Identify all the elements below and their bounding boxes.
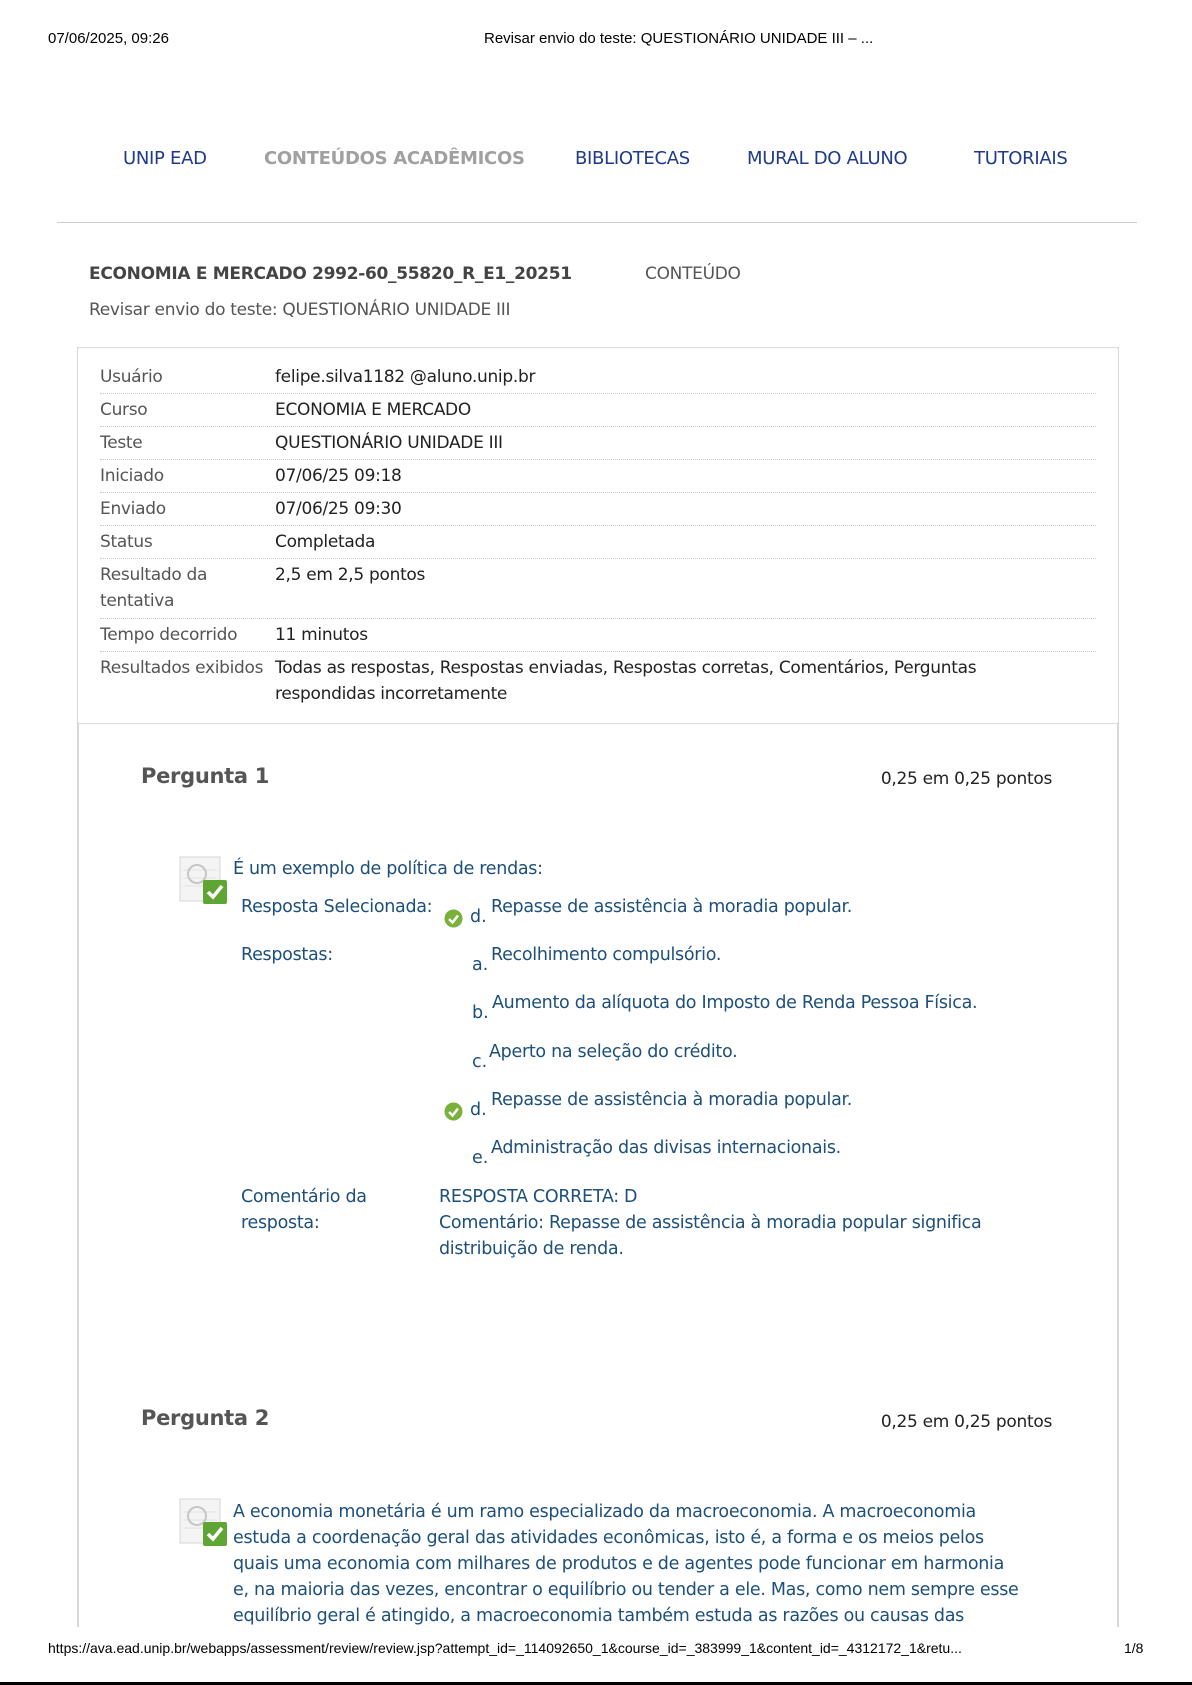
print-date: 07/06/2025, 09:26 (48, 30, 169, 47)
question-2-text: A economia monetária é um ramo especiali… (233, 1499, 1023, 1629)
print-title: Revisar envio do teste: QUESTIONÁRIO UNI… (484, 30, 873, 47)
nav-bibliotecas[interactable]: BIBLIOTECAS (575, 148, 690, 169)
question-1-points: 0,25 em 0,25 pontos (881, 769, 1052, 789)
summary-row-status: Status Completada (100, 529, 1096, 559)
comment-label-line-2: resposta: (241, 1210, 367, 1236)
comment-label-line-1: Comentário da (241, 1184, 367, 1210)
nav-conteudos-academicos[interactable]: CONTEÚDOS ACADÊMICOS (264, 148, 525, 169)
correct-check-icon (444, 909, 463, 928)
answer-letter: c. (472, 1049, 487, 1075)
print-header: 07/06/2025, 09:26 Revisar envio do teste… (0, 30, 1192, 50)
summary-label: Iniciado (100, 463, 270, 489)
print-page-number: 1/8 (1124, 1640, 1143, 1656)
top-navigation: UNIP EAD CONTEÚDOS ACADÊMICOS BIBLIOTECA… (0, 148, 1192, 178)
selected-answer-label: Resposta Selecionada: (241, 894, 432, 920)
summary-value: ECONOMIA E MERCADO (275, 397, 1095, 423)
summary-row-usuario: Usuário felipe.silva1182 @aluno.unip.br (100, 364, 1096, 394)
print-url: https://ava.ead.unip.br/webapps/assessme… (48, 1640, 962, 1656)
summary-row-iniciado: Iniciado 07/06/25 09:18 (100, 463, 1096, 493)
summary-row-tempo: Tempo decorrido 11 minutos (100, 622, 1096, 652)
nav-tutoriais[interactable]: TUTORIAIS (974, 148, 1068, 169)
question-1-title: Pergunta 1 (141, 764, 269, 788)
summary-label: Status (100, 529, 270, 555)
correct-answer-icon (179, 856, 229, 906)
nav-divider (57, 222, 1137, 223)
summary-label: Curso (100, 397, 270, 423)
summary-row-enviado: Enviado 07/06/25 09:30 (100, 496, 1096, 526)
correct-answer-icon (179, 1498, 229, 1548)
summary-value: Completada (275, 529, 1095, 555)
summary-value: felipe.silva1182 @aluno.unip.br (275, 364, 1095, 390)
answer-option: Aperto na seleção do crédito. (489, 1039, 737, 1065)
summary-label: Teste (100, 430, 270, 456)
answer-comment: RESPOSTA CORRETA: D Comentário: Repasse … (439, 1184, 1039, 1262)
summary-value: 2,5 em 2,5 pontos (275, 562, 1095, 588)
comment-text: Comentário: Repasse de assistência à mor… (439, 1210, 999, 1262)
question-2-title: Pergunta 2 (141, 1406, 269, 1430)
summary-row-teste: Teste QUESTIONÁRIO UNIDADE III (100, 430, 1096, 460)
answer-option: Recolhimento compulsório. (491, 942, 721, 968)
answer-option: Aumento da alíquota do Imposto de Renda … (492, 990, 977, 1016)
summary-value: Todas as respostas, Respostas enviadas, … (275, 655, 1035, 707)
summary-label: Usuário (100, 364, 270, 390)
answers-label: Respostas: (241, 942, 333, 968)
answer-option: Administração das divisas internacionais… (491, 1135, 841, 1161)
summary-value: 07/06/25 09:18 (275, 463, 1095, 489)
content-link[interactable]: CONTEÚDO (645, 264, 741, 284)
page-title: Revisar envio do teste: QUESTIONÁRIO UNI… (89, 300, 510, 320)
answer-letter: e. (472, 1145, 488, 1171)
answer-letter: a. (472, 952, 488, 978)
summary-label: Enviado (100, 496, 270, 522)
answer-letter: d. (470, 1097, 487, 1123)
answer-letter: b. (472, 1000, 489, 1026)
correct-answer-line: RESPOSTA CORRETA: D (439, 1184, 1039, 1210)
summary-label: Resultados exibidos (100, 655, 270, 681)
answer-option: Repasse de assistência à moradia popular… (491, 1087, 852, 1113)
summary-value: QUESTIONÁRIO UNIDADE III (275, 430, 1095, 456)
summary-value: 11 minutos (275, 622, 1095, 648)
question-2-points: 0,25 em 0,25 pontos (881, 1412, 1052, 1432)
course-title[interactable]: ECONOMIA E MERCADO 2992-60_55820_R_E1_20… (89, 264, 572, 284)
summary-row-resultados-exibidos: Resultados exibidos Todas as respostas, … (100, 655, 1096, 711)
selected-answer-letter: d. (470, 904, 487, 930)
summary-row-curso: Curso ECONOMIA E MERCADO (100, 397, 1096, 427)
question-1-text: É um exemplo de política de rendas: (233, 856, 1013, 882)
nav-unip-ead[interactable]: UNIP EAD (123, 148, 207, 169)
print-footer: https://ava.ead.unip.br/webapps/assessme… (0, 1640, 1192, 1660)
selected-answer-text: Repasse de assistência à moradia popular… (491, 894, 852, 920)
summary-value: 07/06/25 09:30 (275, 496, 1095, 522)
correct-check-icon (444, 1102, 463, 1121)
comment-label: Comentário da resposta: (241, 1184, 367, 1236)
nav-mural-do-aluno[interactable]: MURAL DO ALUNO (747, 148, 907, 169)
summary-label: Resultado da tentativa (100, 562, 240, 614)
summary-label: Tempo decorrido (100, 622, 270, 648)
summary-row-resultado: Resultado da tentativa 2,5 em 2,5 pontos (100, 562, 1096, 619)
attempt-summary: Usuário felipe.silva1182 @aluno.unip.br … (77, 347, 1119, 724)
